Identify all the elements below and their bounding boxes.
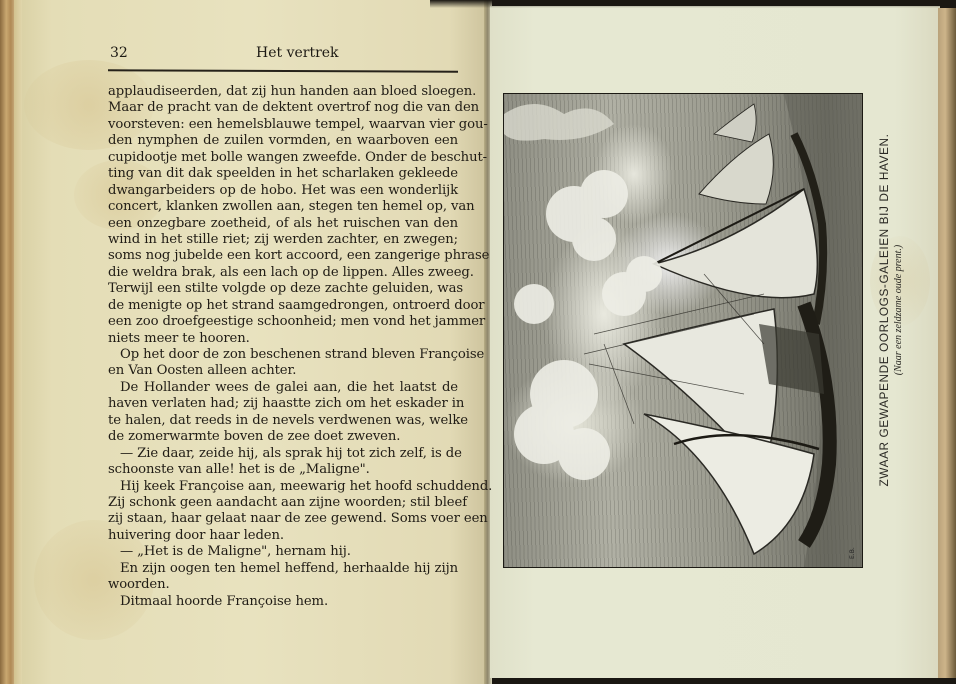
top-shadow [430,0,956,8]
text-line: die weldra brak, als een lach op de lipp… [108,265,458,281]
text-line: concert, klanken zwollen aan, stegen ten… [108,199,458,215]
text-line: wind in het stille riet; zij werden zach… [108,232,458,248]
text-line: huivering door haar leden. [108,528,458,544]
book-cover-right-edge [938,8,956,678]
text-line: niets meer te hooren. [108,331,458,347]
text-line: applaudiseerden, dat zij hun handen aan … [108,84,458,100]
text-line: de zomerwarmte boven de zee doet zweven. [108,429,458,445]
text-line: en Van Oosten alleen achter. [108,363,458,379]
text-line: voorsteven: een hemelsblauwe tempel, waa… [108,117,458,133]
text-line: den nymphen de zuilen vormden, en waarbo… [108,133,458,149]
text-line: een onzegbare zoetheid, of als het ruisc… [108,216,458,232]
text-line: Hij keek Françoise aan, meewarig het hoo… [108,479,458,495]
text-line: Op het door de zon beschenen strand blev… [108,347,458,363]
plate-caption: ZWAAR GEWAPENDE OORLOGS-GALEIEN BIJ DE H… [876,100,906,520]
text-line: — „Het is de Maligne", hernam hij. [108,544,458,560]
text-line: — Zie daar, zeide hij, als sprak hij tot… [108,446,458,462]
text-line: Zij schonk geen aandacht aan zijne woord… [108,495,458,511]
running-head: 32 Het vertrek [108,45,458,67]
text-line: Terwijl een stilte volgde op deze zachte… [108,281,458,297]
open-book: 32 Het vertrek applaudiseerden, dat zij … [0,0,956,684]
text-line: soms nog jubelde een kort accoord, een z… [108,248,458,264]
text-line: woorden. [108,577,458,593]
engraving-illustration: E.B. [503,93,863,568]
text-line: schoonste van alle! het is de „Maligne". [108,462,458,478]
page-number: 32 [110,45,128,61]
text-line: een zoo droefgeestige schoonheid; men vo… [108,314,458,330]
chapter-title: Het vertrek [256,45,339,61]
text-line: De Hollander wees de galei aan, die het … [108,380,458,396]
text-line: haven verlaten had; zij haastte zich om … [108,396,458,412]
body-text: applaudiseerden, dat zij hun handen aan … [108,84,458,610]
text-line: Maar de pracht van de dektent overtrof n… [108,100,458,116]
text-line: Ditmaal hoorde Françoise hem. [108,594,458,610]
text-line: ting van dit dak speelden in het scharla… [108,166,458,182]
text-line: te halen, dat reeds in de nevels verdwen… [108,413,458,429]
text-line: zij staan, haar gelaat naar de zee gewen… [108,511,458,527]
text-line: dwangarbeiders op de hobo. Het was een w… [108,183,458,199]
caption-title: ZWAAR GEWAPENDE OORLOGS-GALEIEN BIJ DE H… [876,100,892,520]
text-line: cupidootje met bolle wangen zweefde. Ond… [108,150,458,166]
svg-text:E.B.: E.B. [849,547,856,559]
galley-ships-engraving-icon: E.B. [504,94,862,567]
caption-subtitle: (Naar een zeldzame oude prent.) [892,100,906,520]
text-line: En zijn oogen ten hemel heffend, herhaal… [108,561,458,577]
text-line: de menigte op het strand saamgedrongen, … [108,298,458,314]
